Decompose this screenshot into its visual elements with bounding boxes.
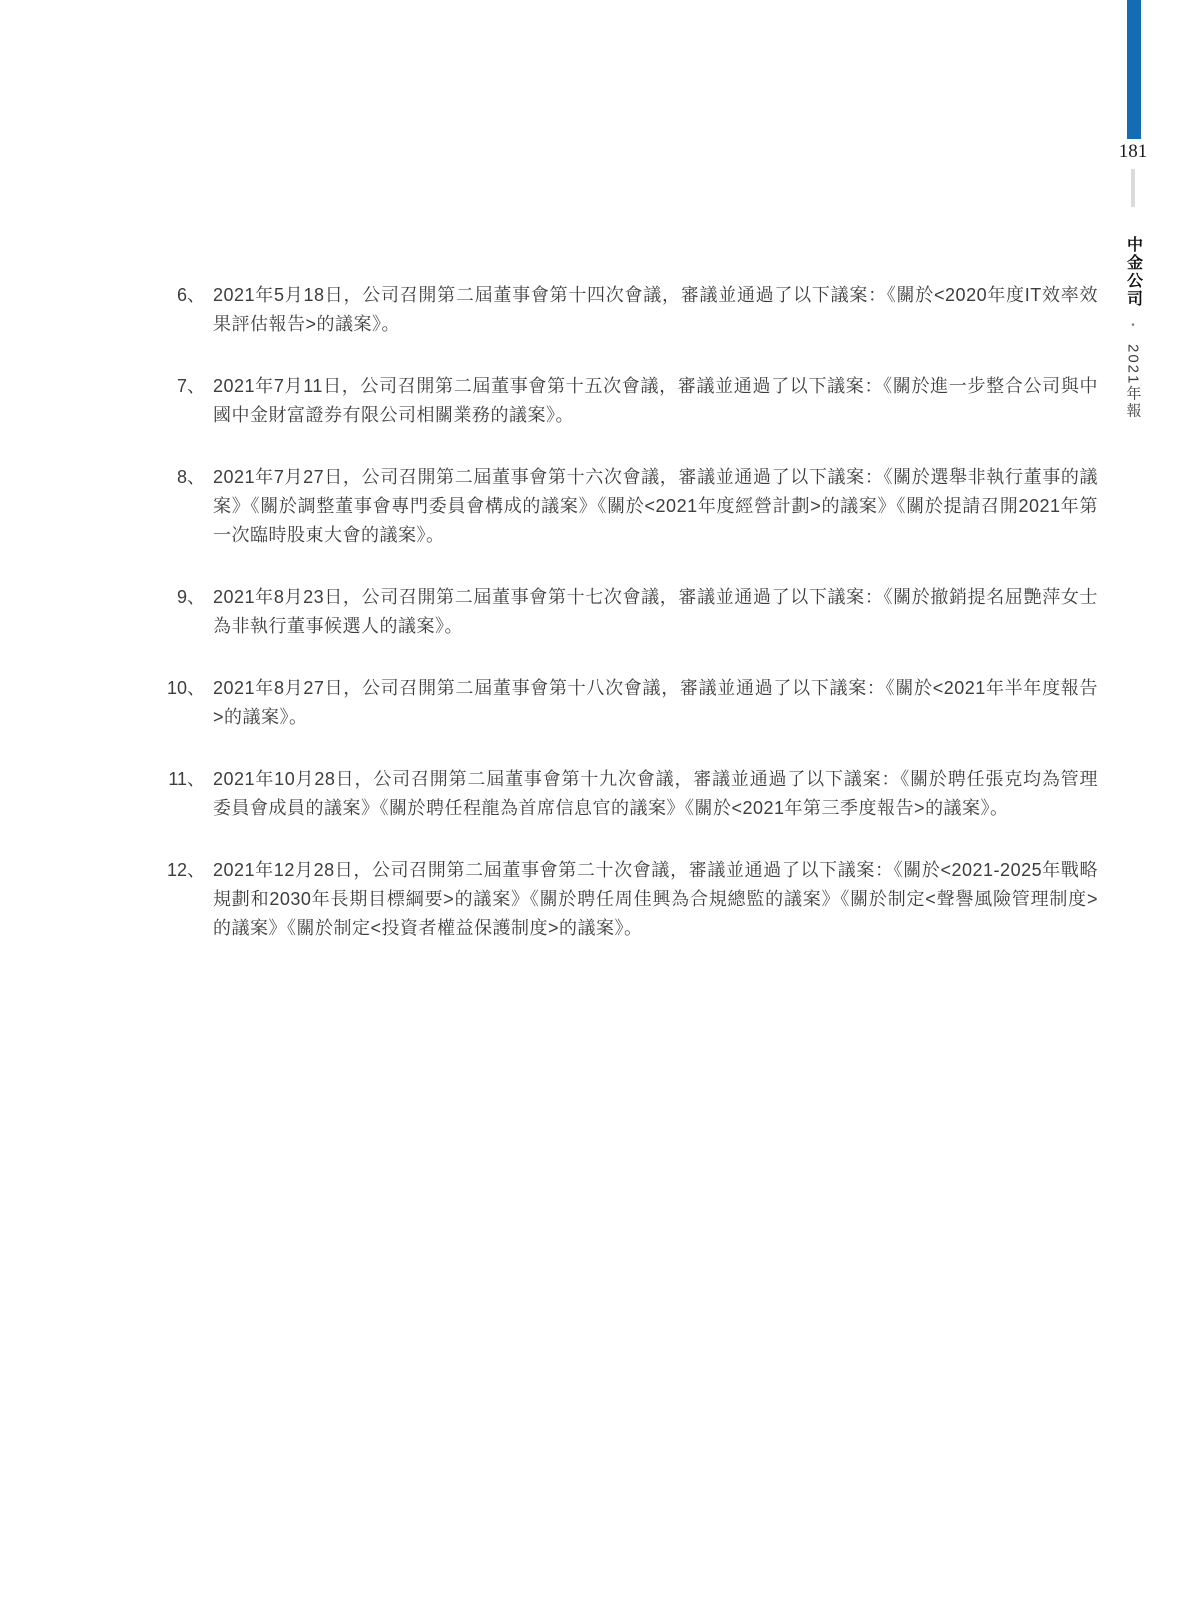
list-item: 7、 2021年7月11日，公司召開第二屆董事會第十五次會議，審議並通過了以下議…: [166, 372, 1098, 430]
divider-line: [1131, 169, 1135, 207]
edition-label: 2021年報: [1123, 344, 1144, 419]
item-number: 11、: [166, 765, 213, 823]
item-number: 9、: [166, 583, 213, 641]
list-item: 11、 2021年10月28日，公司召開第二屆董事會第十九次會議，審議並通過了以…: [166, 765, 1098, 823]
brand-name: 中金公司: [1122, 236, 1145, 308]
item-number: 12、: [166, 856, 213, 943]
item-text: 2021年7月11日，公司召開第二屆董事會第十五次會議，審議並通過了以下議案：《…: [213, 372, 1098, 430]
accent-bar: [1127, 0, 1141, 139]
list-item: 12、 2021年12月28日，公司召開第二屆董事會第二十次會議，審議並通過了以…: [166, 856, 1098, 943]
item-number: 8、: [166, 463, 213, 550]
item-text: 2021年12月28日，公司召開第二屆董事會第二十次會議，審議並通過了以下議案：…: [213, 856, 1098, 943]
list-item: 6、 2021年5月18日，公司召開第二屆董事會第十四次會議，審議並通過了以下議…: [166, 281, 1098, 339]
item-text: 2021年7月27日，公司召開第二屆董事會第十六次會議，審議並通過了以下議案：《…: [213, 463, 1098, 550]
item-number: 7、: [166, 372, 213, 430]
vertical-brand: 中金公司 • 2021年報: [1119, 236, 1147, 419]
list-item: 9、 2021年8月23日，公司召開第二屆董事會第十七次會議，審議並通過了以下議…: [166, 583, 1098, 641]
item-text: 2021年8月27日，公司召開第二屆董事會第十八次會議，審議並通過了以下議案：《…: [213, 674, 1098, 732]
item-number: 10、: [166, 674, 213, 732]
separator-dot-icon: •: [1131, 321, 1135, 331]
document-page: 6、 2021年5月18日，公司召開第二屆董事會第十四次會議，審議並通過了以下議…: [0, 0, 1190, 1615]
item-text: 2021年10月28日，公司召開第二屆董事會第十九次會議，審議並通過了以下議案：…: [213, 765, 1098, 823]
item-text: 2021年8月23日，公司召開第二屆董事會第十七次會議，審議並通過了以下議案：《…: [213, 583, 1098, 641]
board-meetings-list: 6、 2021年5月18日，公司召開第二屆董事會第十四次會議，審議並通過了以下議…: [166, 281, 1098, 976]
item-number: 6、: [166, 281, 213, 339]
list-item: 10、 2021年8月27日，公司召開第二屆董事會第十八次會議，審議並通過了以下…: [166, 674, 1098, 732]
page-number: 181: [1108, 141, 1158, 163]
list-item: 8、 2021年7月27日，公司召開第二屆董事會第十六次會議，審議並通過了以下議…: [166, 463, 1098, 550]
item-text: 2021年5月18日，公司召開第二屆董事會第十四次會議，審議並通過了以下議案：《…: [213, 281, 1098, 339]
